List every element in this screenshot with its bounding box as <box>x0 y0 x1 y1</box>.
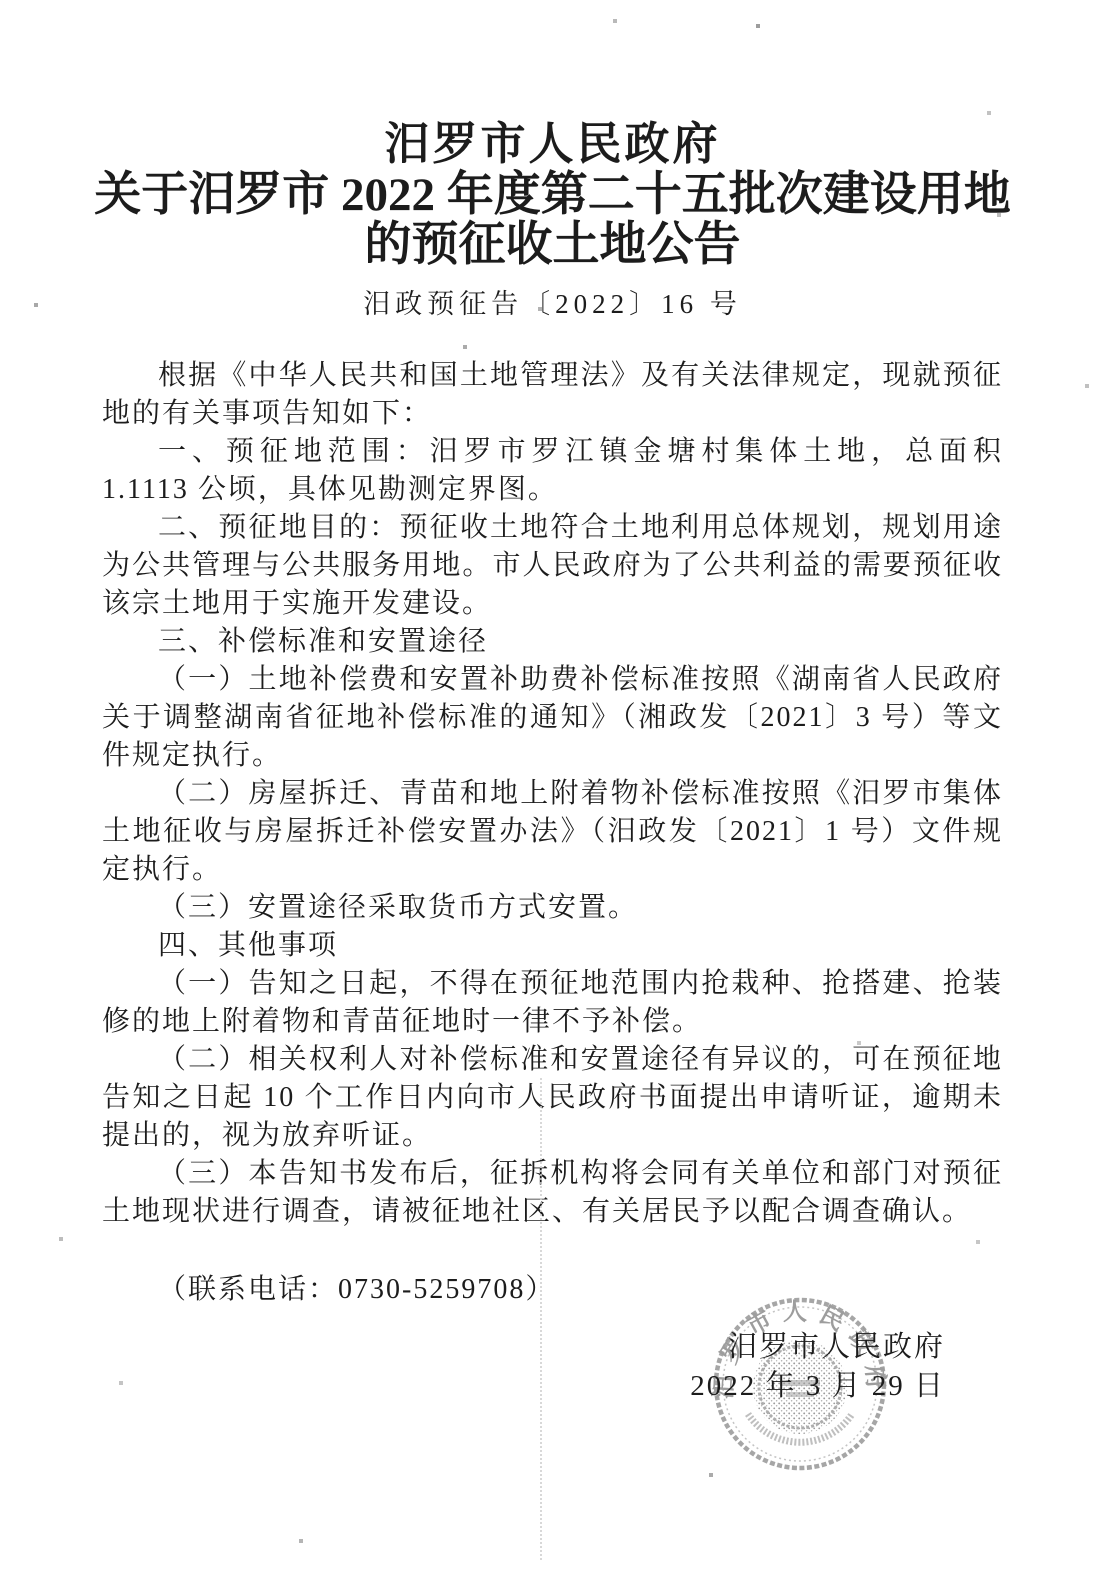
signature-block: 汨罗市人民政府 2022 年 3 月 29 日 <box>690 1328 945 1406</box>
paragraph-intro: 根据《中华人民共和国土地管理法》及有关法律规定，现就预征地的有关事项告知如下： <box>102 357 1003 433</box>
paragraph-other-heading: 四、其他事项 <box>102 927 1003 965</box>
signature-date: 2022 年 3 月 29 日 <box>690 1367 945 1406</box>
title-line-subject-2: 的预征收土地公告 <box>0 220 1105 270</box>
signature-issuer: 汨罗市人民政府 <box>690 1328 945 1367</box>
paragraph-compensation-1: （一）土地补偿费和安置补助费补偿标准按照《湖南省人民政府关于调整湖南省征地补偿标… <box>102 661 1003 775</box>
title-line-issuer: 汨罗市人民政府 <box>0 118 1105 170</box>
paragraph-compensation-3: （三）安置途径采取货币方式安置。 <box>102 889 1003 927</box>
paragraph-other-1: （一）告知之日起，不得在预征地范围内抢栽种、抢搭建、抢装修的地上附着物和青苗征地… <box>102 965 1003 1041</box>
paragraph-purpose: 二、预征地目的：预征收土地符合土地利用总体规划，规划用途为公共管理与公共服务用地… <box>102 509 1003 623</box>
document-title-block: 汨罗市人民政府 关于汨罗市 2022 年度第二十五批次建设用地 的预征收土地公告 <box>0 0 1105 270</box>
title-line-subject-1: 关于汨罗市 2022 年度第二十五批次建设用地 <box>0 170 1105 220</box>
document-number: 汨政预征告〔2022〕16 号 <box>0 282 1105 321</box>
paragraph-compensation-2: （二）房屋拆迁、青苗和地上附着物补偿标准按照《汨罗市集体土地征收与房屋拆迁补偿安… <box>102 775 1003 889</box>
paragraph-other-2: （二）相关权利人对补偿标准和安置途径有异议的，可在预征地告知之日起 10 个工作… <box>102 1041 1003 1155</box>
document-body: 根据《中华人民共和国土地管理法》及有关法律规定，现就预征地的有关事项告知如下： … <box>102 357 1003 1309</box>
paragraph-compensation-heading: 三、补偿标准和安置途径 <box>102 623 1003 661</box>
paragraph-scope: 一、预征地范围：汨罗市罗江镇金塘村集体土地，总面积 1.1113 公顷，具体见勘… <box>102 433 1003 509</box>
paragraph-other-3: （三）本告知书发布后，征拆机构将会同有关单位和部门对预征土地现状进行调查，请被征… <box>102 1155 1003 1231</box>
scan-noise-specks <box>0 0 2 2</box>
announcement-page: 汨罗市人民政府 关于汨罗市 2022 年度第二十五批次建设用地 的预征收土地公告… <box>0 0 1105 1570</box>
scan-artifact-line <box>540 1078 542 1560</box>
